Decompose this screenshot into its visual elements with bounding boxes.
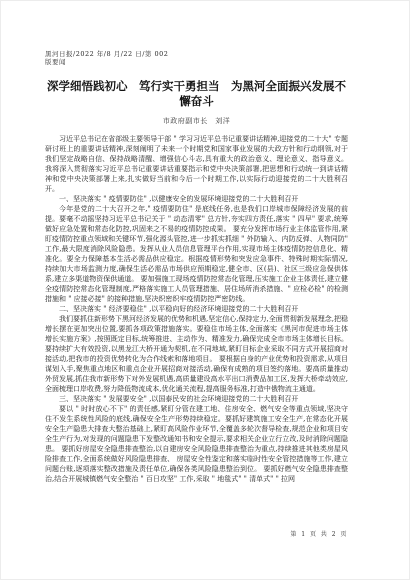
source-header: 黑河日报/2022 年/8 月/22 日/第 002 版要闻 (45, 50, 348, 66)
section-heading-1: 一、坚决落实 " 疫情要防住" ,以健康安全的发展环境迎接党的二十大胜利召开 (45, 194, 348, 204)
source-header-line1: 黑河日报/2022 年/8 月/22 日/第 002 (45, 50, 348, 58)
article-title: 深学细悟践初心 笃行实干勇担当 为黑河全面振兴发展不懈奋斗 (45, 79, 348, 109)
article-byline: 市政府副市长 刘洋 (45, 117, 348, 126)
page-number: 第 1 页 共 2 页 (290, 529, 348, 538)
document-page: 黑河日报/2022 年/8 月/22 日/第 002 版要闻 深学细悟践初心 笃… (0, 0, 410, 580)
article-body: 习近平总书记在省部级主要领导干部 " 学习习近平总书记重要讲话精神,迎接党的二十… (45, 134, 348, 484)
source-header-line2: 版要闻 (45, 58, 348, 66)
section-2-paragraph: 我们要抓住新形势下黑河经济发展的优势和机遇,坚定信心,保持定力,全面贯彻新发展理… (45, 314, 348, 394)
section-1-paragraph: 今年是党的二十大召开之年," 疫情要防住" 是底线任务,也是我们口岸城市保障经济… (45, 204, 348, 304)
section-3-paragraph: 要以 " 时时放心不下" 的责任感,紧盯分管在建工地、住房安全、燃气安全等重点领… (45, 404, 348, 484)
section-heading-2: 二、坚决落实 " 经济要稳住" ,以平稳向好的经济环境迎接党的二十大胜利召开 (45, 304, 348, 314)
section-heading-3: 三、坚决落实 " 发展要安全" ,以国泰民安的社会环境迎接党的二十大胜利召开 (45, 394, 348, 404)
article-paragraph-intro: 习近平总书记在省部级主要领导干部 " 学习习近平总书记重要讲话精神,迎接党的二十… (45, 134, 348, 194)
